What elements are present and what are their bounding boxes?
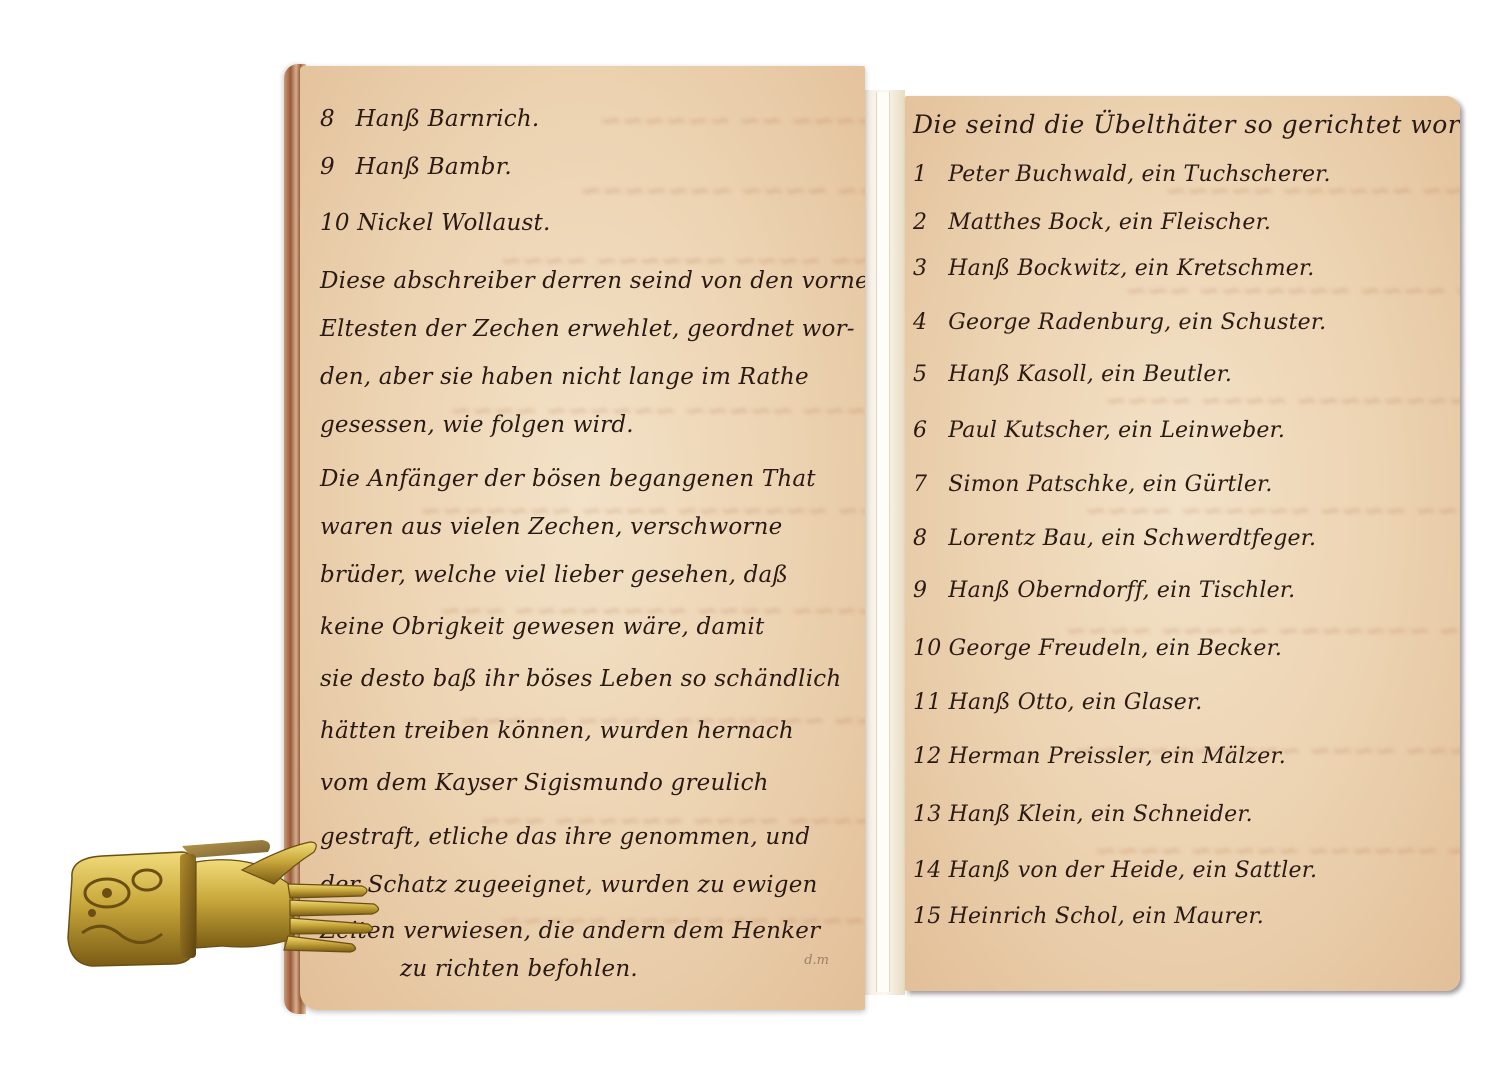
list-item-text: George Freudeln, ein Becker. [949, 636, 1282, 661]
list-item-number: 14 [913, 858, 941, 883]
paragraph-line: hätten treiben können, wurden hernach [320, 718, 794, 744]
list-item-text: Hanß Barnrich. [356, 106, 540, 132]
list-item: 4 George Radenburg, ein Schuster. [913, 310, 1326, 335]
list-item-number: 10 [320, 210, 350, 236]
list-item-text: Matthes Bock, ein Fleischer. [948, 210, 1271, 235]
paragraph-line: vom dem Kayser Sigismundo greulich [320, 770, 769, 796]
right-page: ~~~~~ ~~~~~~ ~~~~~ ~~~~~~ ~~~~ ~~~~~~~ ~… [905, 96, 1460, 991]
paragraph-line: der Schatz zugeeignet, wurden zu ewigen [320, 872, 818, 898]
list-item: 8 Hanß Barnrich. [320, 106, 539, 132]
list-item-text: Hanß Klein, ein Schneider. [949, 802, 1253, 827]
list-item-number: 11 [913, 690, 941, 715]
list-item: 2 Matthes Bock, ein Fleischer. [913, 210, 1271, 235]
list-item-number: 12 [913, 744, 941, 769]
list-item-number: 8 [320, 106, 348, 132]
paragraph-line: gestraft, etliche das ihre genommen, und [320, 824, 810, 850]
list-item-text: Heinrich Schol, ein Maurer. [949, 904, 1264, 929]
paragraph-line: den, aber sie haben nicht lange im Rathe [320, 364, 809, 390]
list-item-number: 6 [913, 418, 941, 443]
list-item: 6 Paul Kutscher, ein Leinweber. [913, 418, 1285, 443]
paragraph-line: zu richten befohlen. [400, 956, 638, 982]
bleed-through-text: ~~~ ~~~~ ~~ ~~~~~~ [600, 106, 865, 136]
list-item-number: 15 [913, 904, 941, 929]
list-item-number: 9 [320, 154, 348, 180]
list-item-number: 3 [913, 256, 941, 281]
list-item-number: 2 [913, 210, 941, 235]
bleed-through-text: ~~~~~~~ ~~~~ ~~~~~~ ~~~~ [1085, 496, 1460, 526]
list-item-number: 9 [913, 578, 941, 603]
list-item: 1 Peter Buchwald, ein Tuchscherer. [913, 162, 1331, 187]
list-item: 11 Hanß Otto, ein Glaser. [913, 690, 1202, 715]
list-item-text: Hanß Otto, ein Glaser. [949, 690, 1203, 715]
list-item-text: Hanß Bockwitz, ein Kretschmer. [948, 256, 1314, 281]
list-item-text: Hanß Bambr. [356, 154, 512, 180]
list-item: 8 Lorentz Bau, ein Schwerdtfeger. [913, 526, 1316, 551]
list-item-text: Peter Buchwald, ein Tuchscherer. [948, 162, 1330, 187]
binding-strip [876, 92, 890, 992]
list-item-text: Herman Preissler, ein Mälzer. [949, 744, 1286, 769]
paragraph-line: Die Anfänger der bösen begangenen That [320, 466, 816, 492]
list-item-text: Simon Patschke, ein Gürtler. [948, 472, 1272, 497]
list-item: 10 Nickel Wollaust. [320, 210, 551, 236]
list-item-number: 4 [913, 310, 941, 335]
list-item: 10 George Freudeln, ein Becker. [913, 636, 1282, 661]
list-item-text: Lorentz Bau, ein Schwerdtfeger. [948, 526, 1316, 551]
bleed-through-text: ~~~~~ ~~~~ ~~~~~~~ [580, 176, 865, 206]
paragraph-line: sie desto baß ihr böses Leben so schändl… [320, 666, 841, 692]
list-item-number: 10 [913, 636, 941, 661]
bleed-through-text: ~~~~ ~~~~~~~~ ~~~~ ~~~~ [1105, 386, 1460, 416]
paragraph-line: gesessen, wie folgen wird. [320, 412, 634, 438]
list-item-number: 13 [913, 802, 941, 827]
paragraph-line: brüder, welche viel lieber gesehen, daß [320, 562, 788, 588]
paragraph-line: Zeiten verwiesen, die andern dem Henker [320, 918, 820, 944]
page-corner-mark: d.m [804, 953, 829, 968]
list-item-number: 5 [913, 362, 941, 387]
list-item-text: Paul Kutscher, ein Leinweber. [948, 418, 1285, 443]
page-heading: Die seind die Übelthäter so gerichtet wo… [913, 110, 1460, 139]
paragraph-line: keine Obrigkeit gewesen wäre, damit [320, 614, 764, 640]
list-item-text: George Radenburg, ein Schuster. [948, 310, 1326, 335]
list-item: 5 Hanß Kasoll, ein Beutler. [913, 362, 1232, 387]
list-item-text: Hanß von der Heide, ein Sattler. [949, 858, 1318, 883]
paragraph-line: Eltesten der Zechen erwehlet, geordnet w… [320, 316, 855, 342]
list-item-number: 8 [913, 526, 941, 551]
list-item: 9 Hanß Oberndorff, ein Tischler. [913, 578, 1295, 603]
list-item: 3 Hanß Bockwitz, ein Kretschmer. [913, 256, 1315, 281]
list-item: 15 Heinrich Schol, ein Maurer. [913, 904, 1264, 929]
list-item-number: 1 [913, 162, 941, 187]
list-item: 9 Hanß Bambr. [320, 154, 512, 180]
list-item: 13 Hanß Klein, ein Schneider. [913, 802, 1253, 827]
list-item: 14 Hanß von der Heide, ein Sattler. [913, 858, 1317, 883]
list-item: 12 Herman Preissler, ein Mälzer. [913, 744, 1286, 769]
list-item-text: Hanß Kasoll, ein Beutler. [948, 362, 1232, 387]
list-item-number: 7 [913, 472, 941, 497]
paragraph-line: Diese abschreiber derren seind von den v… [320, 268, 865, 294]
left-page: ~~~ ~~~~ ~~ ~~~~~~ ~~~~~ ~~~~ ~~~~~~~ ~~… [300, 66, 865, 1010]
list-item-text: Nickel Wollaust. [357, 210, 550, 236]
brass-hand-bookmark-icon [62, 838, 382, 978]
list-item: 7 Simon Patschke, ein Gürtler. [913, 472, 1273, 497]
list-item-text: Hanß Oberndorff, ein Tischler. [948, 578, 1295, 603]
paragraph-line: waren aus vielen Zechen, verschworne [320, 514, 782, 540]
